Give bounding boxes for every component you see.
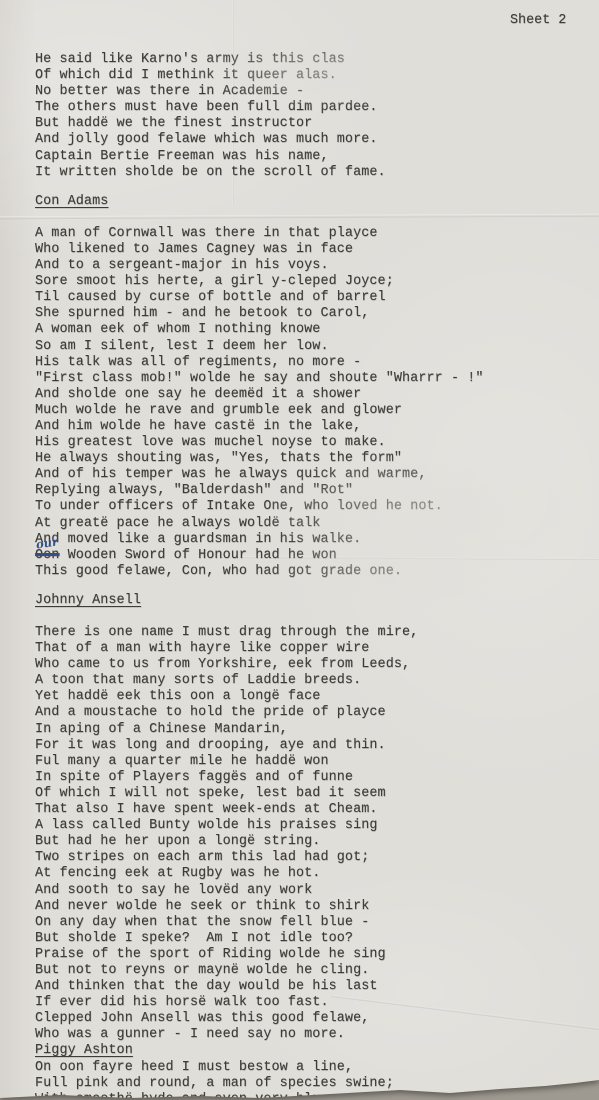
- poem-line: For it was long and drooping, aye and th…: [35, 738, 575, 754]
- poem-line: He always shouting was, "Yes, thats the …: [35, 451, 575, 467]
- section-heading: Con Adams: [35, 194, 575, 210]
- poem-line: And him wolde he have castë in the lake,: [35, 419, 575, 435]
- poem-line: With smoothë hyde and even very blue: [35, 1092, 575, 1100]
- poem-section: Johnny AnsellThere is one name I must dr…: [35, 593, 575, 1044]
- section-heading: Piggy Ashton: [35, 1043, 575, 1059]
- poem-line: Who was a gunner - I need say no more.: [35, 1027, 575, 1043]
- poem-line: Who likened to James Cagney was in face: [35, 242, 575, 258]
- poem-section: Piggy AshtonOn oon fayre heed I must bes…: [35, 1043, 575, 1100]
- poem-line: She spurned him - and he betook to Carol…: [35, 306, 575, 322]
- poem-line: His talk was all of regiments, no more -: [35, 355, 575, 371]
- poem-line: He said like Karno's army is this clas: [35, 52, 575, 68]
- poem-line: That of a man with hayre like copper wir…: [35, 641, 575, 657]
- poem-line: On any day when that the snow fell blue …: [35, 915, 575, 931]
- poem-line: And jolly good felawe which was much mor…: [35, 132, 575, 148]
- poem-line: If ever did his horsë walk too fast.: [35, 995, 575, 1011]
- poem-line: Who came to us from Yorkshire, eek from …: [35, 657, 575, 673]
- poem-line: Of which did I methink it queer alas.: [35, 68, 575, 84]
- poem-line: And thinken that the day would be his la…: [35, 979, 575, 995]
- handwritten-correction: our: [35, 536, 59, 550]
- poem-line: Captain Bertie Freeman was his name,: [35, 149, 575, 165]
- poem-line: Replying always, "Balderdash" and "Rot": [35, 483, 575, 499]
- poem-line: And never wolde he seek or think to shir…: [35, 899, 575, 915]
- poem-line: A man of Cornwall was there in that play…: [35, 226, 575, 242]
- poem-line: To under officers of Intake One, who lov…: [35, 499, 575, 515]
- poem-line: In spite of Players faggës and of funne: [35, 770, 575, 786]
- poem-line: But had he her upon a longë string.: [35, 834, 575, 850]
- poem-line: And a moustache to hold the pride of pla…: [35, 705, 575, 721]
- corrected-word: Oonour: [35, 548, 59, 564]
- poem-line: Clepped John Ansell was this good felawe…: [35, 1011, 575, 1027]
- poem-line: A lass called Bunty wolde his praises si…: [35, 818, 575, 834]
- poem-line: A toon that many sorts of Laddie breeds.: [35, 673, 575, 689]
- poem-line: But haddë we the finest instructor: [35, 116, 575, 132]
- poem-line: Full pink and round, a man of species sw…: [35, 1076, 575, 1092]
- paper-surface: Sheet 2 He said like Karno's army is thi…: [0, 0, 599, 1100]
- poem-line: There is one name I must drag through th…: [35, 625, 575, 641]
- sheet-number-label: Sheet 2: [510, 13, 566, 28]
- poem-line: Yet haddë eek this oon a longë face: [35, 689, 575, 705]
- poem-line: Til caused by curse of bottle and of bar…: [35, 290, 575, 306]
- poem-line: But not to reyns or maynë wolde he cling…: [35, 963, 575, 979]
- poem-line: In aping of a Chinese Mandarin,: [35, 722, 575, 738]
- paper-sheet: Sheet 2 He said like Karno's army is thi…: [0, 0, 599, 1100]
- poem-line: Praise of the sport of Riding wolde he s…: [35, 947, 575, 963]
- poem-line: On oon fayre heed I must bestow a line,: [35, 1060, 575, 1076]
- poem-line: A woman eek of whom I nothing knowe: [35, 322, 575, 338]
- poem-line: And moved like a guardsman in his walke.: [35, 532, 575, 548]
- poem-line: Oonour Wooden Sword of Honour had he won: [35, 548, 575, 564]
- poem-line: At fencing eek at Rugby was he hot.: [35, 866, 575, 882]
- poem-line: That also I have spent week-ends at Chea…: [35, 802, 575, 818]
- poem-line: Two stripes on each arm this lad had got…: [35, 850, 575, 866]
- poem-section: He said like Karno's army is this clasOf…: [35, 52, 575, 181]
- poem-line: "First class mob!" wolde he say and shou…: [35, 371, 575, 387]
- poem-line: And to a sergeant-major in his voys.: [35, 258, 575, 274]
- poem-line: His greatest love was muchel noyse to ma…: [35, 435, 575, 451]
- poem-line: No better was there in Academie -: [35, 84, 575, 100]
- poem-line: It written sholde be on the scroll of fa…: [35, 165, 575, 181]
- poem-line: Sore smoot his herte, a girl y-cleped Jo…: [35, 274, 575, 290]
- poem-line: So am I silent, lest I deem her low.: [35, 339, 575, 355]
- poem-line: And of his temper was he always quick an…: [35, 467, 575, 483]
- section-heading: Johnny Ansell: [35, 593, 575, 609]
- poem-text: He said like Karno's army is this clasOf…: [35, 52, 575, 1100]
- poem-section: Con AdamsA man of Cornwall was there in …: [35, 194, 575, 580]
- poem-line: Of which I will not speke, lest bad it s…: [35, 786, 575, 802]
- poem-line: At greatë pace he always woldë talk: [35, 516, 575, 532]
- scan-background: Sheet 2 He said like Karno's army is thi…: [0, 0, 599, 1100]
- poem-line: Much wolde he rave and grumble eek and g…: [35, 403, 575, 419]
- poem-line: Ful many a quarter mile he haddë won: [35, 754, 575, 770]
- poem-line: And sholde one say he deemëd it a shower: [35, 387, 575, 403]
- poem-line: The others must have been full dim parde…: [35, 100, 575, 116]
- poem-line: But sholde I speke? Am I not idle too?: [35, 931, 575, 947]
- poem-line: This good felawe, Con, who had got grade…: [35, 564, 575, 580]
- poem-line: And sooth to say he lovëd any work: [35, 883, 575, 899]
